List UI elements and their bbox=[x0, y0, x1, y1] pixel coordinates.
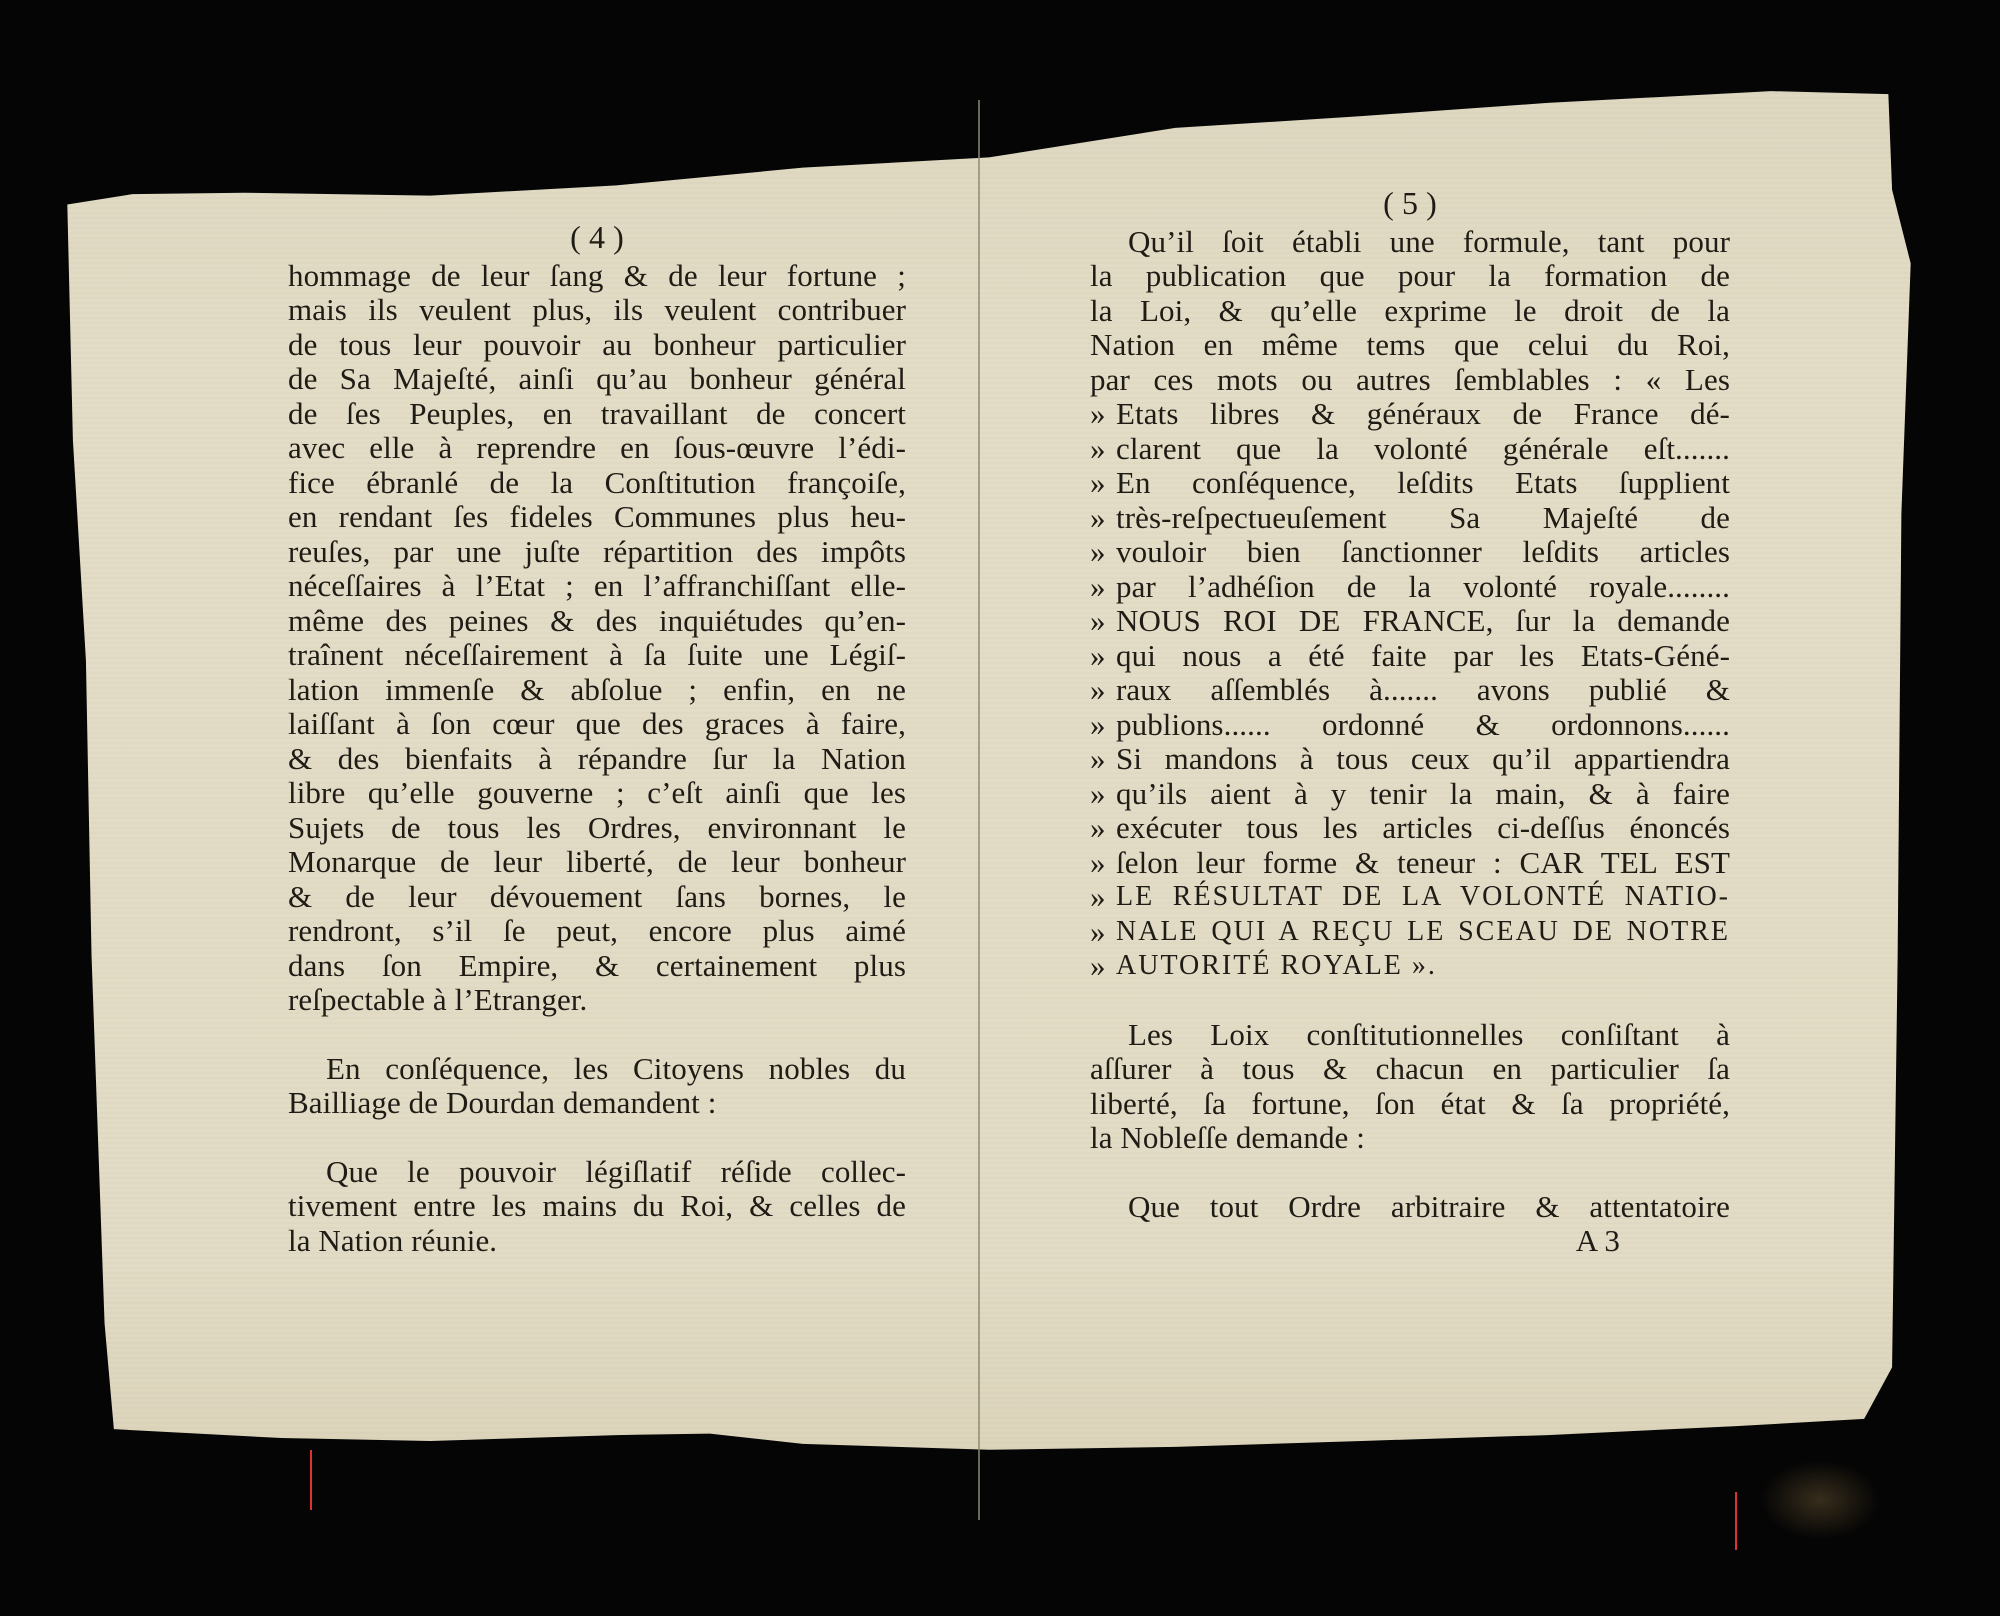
left-paragraph-2: En conſéquence, les Citoyens nobles du B… bbox=[288, 1052, 906, 1121]
left-page: ( 4 ) hommage de leur ſang & de leur for… bbox=[288, 220, 906, 1258]
text-line: la Loi, & qu’elle exprime le droit de la bbox=[1090, 294, 1730, 329]
text-line: NALE QUI A REÇU LE SCEAU DE NOTRE bbox=[1116, 915, 1730, 950]
text-line: clarent que la volonté générale eſt.....… bbox=[1116, 432, 1730, 467]
text-line: hommage de leur ſang & de leur fortune ; bbox=[288, 259, 906, 294]
text-line: raux aſſemblés à....... avons publié & bbox=[1116, 673, 1730, 708]
text-line: dans ſon Empire, & certainement plus bbox=[288, 949, 906, 984]
text-line: avec elle à reprendre en ſous-œuvre l’éd… bbox=[288, 431, 906, 466]
text-line: exécuter tous les articles ci-deſſus éno… bbox=[1116, 811, 1730, 846]
quote-mark: » bbox=[1090, 811, 1116, 846]
spine-fold bbox=[978, 100, 980, 1520]
text-line: néceſſaires à l’Etat ; en l’affranchiſſa… bbox=[288, 569, 906, 604]
quote-mark: » bbox=[1090, 880, 1116, 915]
quote-mark: » bbox=[1090, 639, 1116, 674]
text-line: très-reſpectueuſement Sa Majeſté de bbox=[1116, 501, 1730, 536]
text-line: Monarque de leur liberté, de leur bonheu… bbox=[288, 845, 906, 880]
text-line: Qu’il ſoit établi une formule, tant pour bbox=[1090, 225, 1730, 260]
quote-mark: » bbox=[1090, 949, 1116, 984]
page-number-4: ( 4 ) bbox=[288, 220, 906, 255]
quoted-formula: »Etats libres & généraux de France dé- »… bbox=[1090, 397, 1730, 984]
page-number-5: ( 5 ) bbox=[1090, 186, 1730, 221]
text-line: la Nation réunie. bbox=[288, 1224, 906, 1259]
text-line: aſſurer à tous & chacun en particulier ſ… bbox=[1090, 1052, 1730, 1087]
text-line: AUTORITÉ ROYALE ». bbox=[1116, 949, 1730, 984]
text-line: par l’adhéſion de la volonté royale.....… bbox=[1116, 570, 1730, 605]
right-page: ( 5 ) Qu’il ſoit établi une formule, tan… bbox=[1090, 186, 1730, 1259]
text-line: par ces mots ou autres ſemblables : « Le… bbox=[1090, 363, 1730, 398]
text-line: traînent néceſſairement à ſa ſuite une L… bbox=[288, 638, 906, 673]
text-line: Que tout Ordre arbitraire & attentatoire bbox=[1090, 1190, 1730, 1225]
text-line: de tous leur pouvoir au bonheur particul… bbox=[288, 328, 906, 363]
text-line: publions...... ordonné & ordonnons...... bbox=[1116, 708, 1730, 743]
text-line: lation immenſe & abſolue ; enfin, en ne bbox=[288, 673, 906, 708]
text-line: Que le pouvoir légiſlatif réſide collec- bbox=[288, 1155, 906, 1190]
text-line: libre qu’elle gouverne ; c’eſt ainſi que… bbox=[288, 776, 906, 811]
text-line: fice ébranlé de la Conſtitution françoiſ… bbox=[288, 466, 906, 501]
text-line: LE RÉSULTAT DE LA VOLONTÉ NATIO- bbox=[1116, 880, 1730, 915]
text-line: Bailliage de Dourdan demandent : bbox=[288, 1086, 906, 1121]
quote-mark: » bbox=[1090, 397, 1116, 432]
text-line: Les Loix conſtitutionnelles conſiſtant à bbox=[1090, 1018, 1730, 1053]
text-line: Nation en même tems que celui du Roi, bbox=[1090, 328, 1730, 363]
quote-mark: » bbox=[1090, 846, 1116, 881]
text-line: tivement entre les mains du Roi, & celle… bbox=[288, 1189, 906, 1224]
red-mark-right bbox=[1735, 1492, 1737, 1550]
quote-mark: » bbox=[1090, 432, 1116, 467]
left-paragraph-3: Que le pouvoir légiſlatif réſide collec-… bbox=[288, 1155, 906, 1259]
right-paragraph-1: Qu’il ſoit établi une formule, tant pour… bbox=[1090, 225, 1730, 398]
text-line: de ſes Peuples, en travaillant de concer… bbox=[288, 397, 906, 432]
quote-mark: » bbox=[1090, 570, 1116, 605]
text-line: la Nobleſſe demande : bbox=[1090, 1121, 1730, 1156]
text-line: En conſéquence, les Citoyens nobles du bbox=[288, 1052, 906, 1087]
quote-mark: » bbox=[1090, 673, 1116, 708]
text-line: en rendant ſes fideles Communes plus heu… bbox=[288, 500, 906, 535]
left-paragraph-1: hommage de leur ſang & de leur fortune ;… bbox=[288, 259, 906, 1018]
text-line: rendront, s’il ſe peut, encore plus aimé bbox=[288, 914, 906, 949]
text-line: & des bienfaits à répandre ſur la Nation bbox=[288, 742, 906, 777]
text-line: vouloir bien ſanctionner leſdits article… bbox=[1116, 535, 1730, 570]
text-line: reſpectable à l’Etranger. bbox=[288, 983, 906, 1018]
quote-mark: » bbox=[1090, 915, 1116, 950]
right-paragraph-3: Que tout Ordre arbitraire & attentatoire bbox=[1090, 1190, 1730, 1225]
text-line: reuſes, par une juſte répartition des im… bbox=[288, 535, 906, 570]
foxing-stain bbox=[1760, 1460, 1880, 1540]
text-line: qu’ils aient à y tenir la main, & à fair… bbox=[1116, 777, 1730, 812]
text-line: laiſſant à ſon cœur que des graces à fai… bbox=[288, 707, 906, 742]
quote-mark: » bbox=[1090, 777, 1116, 812]
signature-mark: A 3 bbox=[1090, 1224, 1730, 1259]
quote-mark: » bbox=[1090, 742, 1116, 777]
text-line: ſelon leur forme & teneur : CAR TEL EST bbox=[1116, 846, 1730, 881]
text-line: En conſéquence, leſdits Etats ſupplient bbox=[1116, 466, 1730, 501]
text-line: Sujets de tous les Ordres, environnant l… bbox=[288, 811, 906, 846]
text-line: qui nous a été faite par les Etats-Géné- bbox=[1116, 639, 1730, 674]
text-line: Etats libres & généraux de France dé- bbox=[1116, 397, 1730, 432]
quote-mark: » bbox=[1090, 535, 1116, 570]
right-paragraph-2: Les Loix conſtitutionnelles conſiſtant à… bbox=[1090, 1018, 1730, 1156]
quote-mark: » bbox=[1090, 501, 1116, 536]
text-line: liberté, ſa fortune, ſon état & ſa propr… bbox=[1090, 1087, 1730, 1122]
red-mark-left bbox=[310, 1450, 312, 1510]
text-line: Si mandons à tous ceux qu’il appartiendr… bbox=[1116, 742, 1730, 777]
text-line: NOUS ROI DE FRANCE, ſur la demande bbox=[1116, 604, 1730, 639]
text-line: mais ils veulent plus, ils veulent contr… bbox=[288, 293, 906, 328]
text-line: la publication que pour la formation de bbox=[1090, 259, 1730, 294]
text-line: de Sa Majeſté, ainſi qu’au bonheur génér… bbox=[288, 362, 906, 397]
text-line: & de leur dévouement ſans bornes, le bbox=[288, 880, 906, 915]
quote-mark: » bbox=[1090, 466, 1116, 501]
text-line: même des peines & des inquiétudes qu’en- bbox=[288, 604, 906, 639]
quote-mark: » bbox=[1090, 708, 1116, 743]
quote-mark: » bbox=[1090, 604, 1116, 639]
